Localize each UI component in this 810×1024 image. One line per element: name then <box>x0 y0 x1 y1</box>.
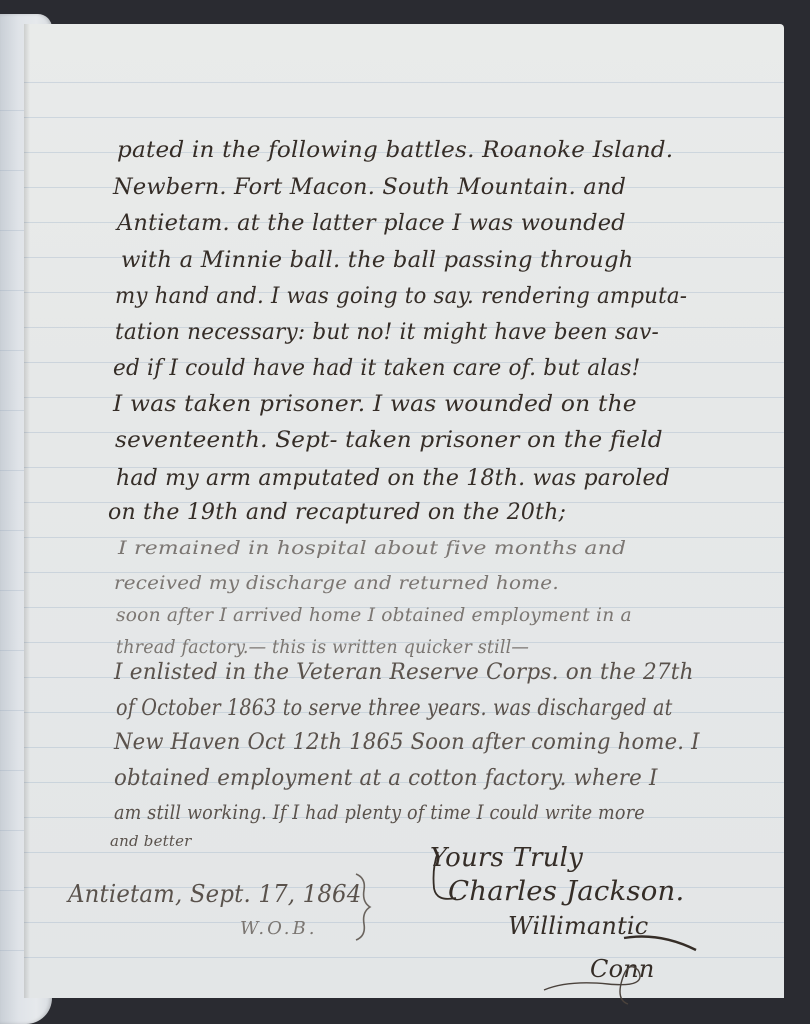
letter-line: New Haven Oct 12th 1865 Soon after comin… <box>114 730 700 755</box>
letter-line: tation necessary: but no! it might have … <box>115 320 659 345</box>
letter-line: Newbern. Fort Macon. South Mountain. and <box>113 175 626 200</box>
letter-line-faint: thread factory.— this is written quicker… <box>116 636 529 658</box>
letter-line: my hand and. I was going to say. renderi… <box>115 284 687 309</box>
rule-line <box>24 82 784 83</box>
letter-line-faint: received my discharge and returned home. <box>114 572 559 594</box>
letter-line-faint: soon after I arrived home I obtained emp… <box>116 604 632 626</box>
underline-flourish-icon <box>620 928 700 958</box>
letter-line: Antietam. at the latter place I was woun… <box>117 211 626 236</box>
rule-line <box>24 852 784 853</box>
letter-line: I enlisted in the Veteran Reserve Corps.… <box>114 660 694 685</box>
letter-line: of October 1863 to serve three years. wa… <box>116 696 672 721</box>
letter-line: on the 19th and recaptured on the 20th; <box>108 500 566 525</box>
letter-line: with a Minnie ball. the ball passing thr… <box>121 248 633 273</box>
letter-line: pated in the following battles. Roanoke … <box>117 138 673 163</box>
letter-line: and better <box>110 832 192 850</box>
rule-line <box>24 922 784 923</box>
letter-line: obtained employment at a cotton factory.… <box>114 766 658 791</box>
brace-icon <box>352 872 374 942</box>
signature-loop-icon <box>538 960 658 1006</box>
letter-line: had my arm amputated on the 18th. was pa… <box>116 466 670 491</box>
manuscript-scan: pated in the following battles. Roanoke … <box>0 0 810 1024</box>
letter-line: ed if I could have had it taken care of.… <box>113 356 641 381</box>
letter-line: I was taken prisoner. I was wounded on t… <box>113 392 637 417</box>
dateline-place-date: Antietam, Sept. 17, 1864 <box>68 880 361 908</box>
letter-line: seventeenth. Sept- taken prisoner on the… <box>115 428 663 453</box>
letter-line-faint: I remained in hospital about five months… <box>118 537 626 559</box>
letter-line: am still working. If I had plenty of tim… <box>114 800 645 824</box>
sheet-shadow <box>24 24 30 998</box>
dateline-initials: W.O.B. <box>240 918 317 939</box>
signature-flourish-icon <box>426 848 486 908</box>
rule-line <box>24 117 784 118</box>
